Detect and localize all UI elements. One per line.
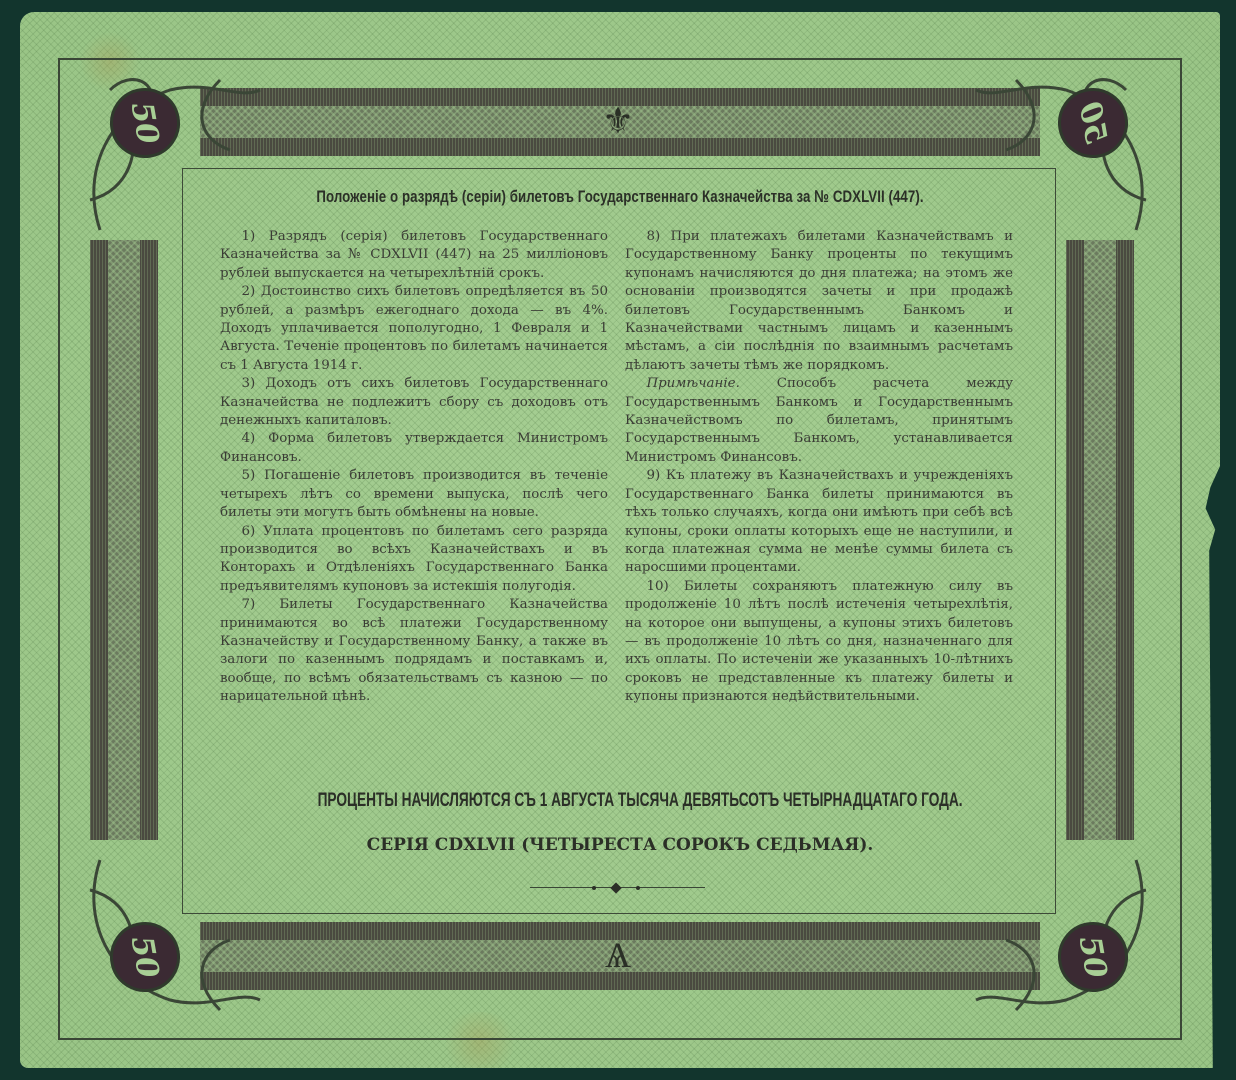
fleur-de-lis-icon: ⚜	[598, 92, 638, 152]
series-statement: СЕРІЯ CDXLVII (ЧЕТЫРЕСТА СОРОКЪ СЕДЬМАЯ)…	[200, 835, 1040, 855]
clause-3: 3) Доходъ отъ сихъ билетовъ Государствен…	[220, 375, 608, 430]
right-text-column: 8) При платежахъ билетами Казначействамъ…	[625, 228, 1013, 707]
interest-accrual-statement: ПРОЦЕНТЫ НАЧИСЛЯЮТСЯ СЪ 1 АВГУСТА ТЫСЯЧА…	[318, 790, 923, 812]
corner-ornament-top-left	[70, 50, 270, 250]
clause-7: 7) Билеты Государственнаго Казначейства …	[220, 596, 608, 706]
clause-9: 9) Къ платежу въ Казначействахъ и учрежд…	[625, 467, 1013, 577]
ornamental-divider	[530, 884, 705, 892]
note-label: Примѣчаніе.	[646, 376, 739, 391]
left-border-band	[90, 240, 158, 840]
clause-1: 1) Разрядъ (серiя) билетовъ Государствен…	[220, 228, 608, 283]
clause-2: 2) Достоинство сихъ билетовъ опредѣляетс…	[220, 283, 608, 375]
monogram-icon: Ѧ	[598, 926, 638, 986]
clause-note: Примѣчаніе. Способъ расчета между Госуда…	[625, 375, 1013, 467]
clause-8: 8) При платежахъ билетами Казначействамъ…	[625, 228, 1013, 375]
corner-ornament-top-right	[966, 50, 1166, 250]
regulation-title: Положенie о разрядѣ (серiи) билетовъ Гос…	[292, 187, 947, 207]
left-text-column: 1) Разрядъ (серiя) билетовъ Государствен…	[220, 228, 608, 707]
right-border-band	[1066, 240, 1134, 840]
clause-5: 5) Погашеніе билетовъ производится въ те…	[220, 467, 608, 522]
clause-10: 10) Билеты сохраняютъ платежную силу въ …	[625, 578, 1013, 707]
clause-4: 4) Форма билетовъ утверждается Министром…	[220, 430, 608, 467]
clause-6: 6) Уплата процентовъ по билетамъ сего ра…	[220, 523, 608, 597]
